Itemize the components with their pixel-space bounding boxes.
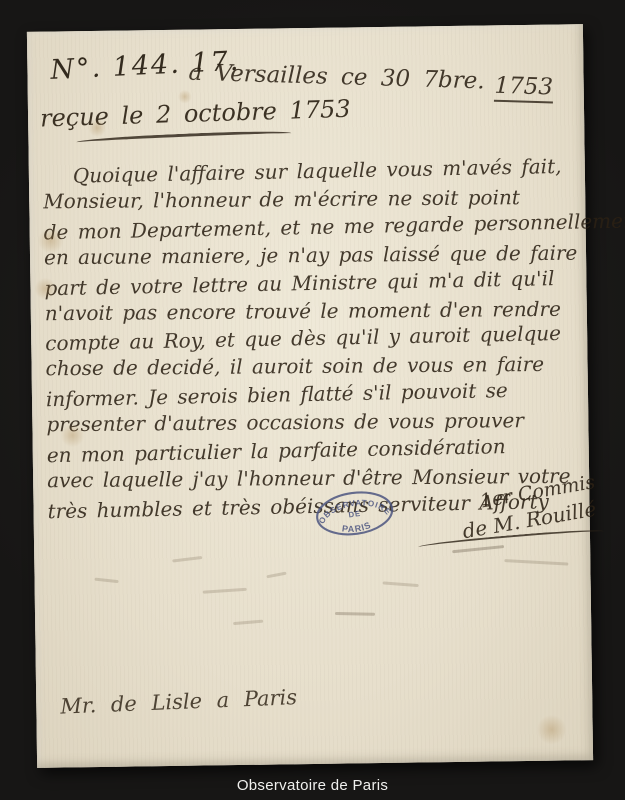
received-date-annotation: reçue le 2 octobre 1753	[40, 95, 351, 133]
place-date-text: a Versailles ce 30 7bre.	[188, 60, 485, 95]
ink-bleed-mark	[452, 545, 504, 553]
letter-paper: N°. 144. 17. a Versailles ce 30 7bre.175…	[27, 24, 593, 768]
foxing-spot	[178, 90, 192, 104]
letter-body: Quoique l'affaire sur laquelle vous m'av…	[43, 154, 576, 524]
ink-bleed-mark	[383, 581, 419, 587]
signature-block: 1er Commis de M. Rouillé	[27, 24, 583, 32]
svg-text:PARIS: PARIS	[340, 519, 373, 535]
observatory-stamp-icon: OBSERVATOIRE DE PARIS	[311, 484, 399, 543]
ink-bleed-mark	[203, 588, 247, 594]
addressee-annotation: Mr. de Lisle a Paris	[60, 685, 298, 718]
foxing-spot	[88, 119, 106, 137]
place-date-year: 1753	[494, 73, 553, 104]
archive-photo-page: { "page": { "caption": "Observatoire de …	[0, 0, 625, 800]
ink-bleed-mark	[266, 572, 286, 579]
stamp-text-bottom: PARIS	[340, 519, 373, 535]
ink-bleed-mark	[233, 620, 263, 625]
ink-bleed-mark	[94, 578, 118, 584]
received-underline-flourish	[76, 129, 291, 144]
ink-bleed-mark	[335, 612, 375, 616]
stamp-text-middle: DE	[348, 509, 362, 520]
place-date-line: a Versailles ce 30 7bre.1753	[188, 54, 554, 100]
ink-bleed-mark	[504, 559, 568, 566]
image-caption: Observatoire de Paris	[0, 777, 625, 794]
ink-bleed-mark	[172, 556, 202, 563]
foxing-spot	[536, 714, 566, 744]
